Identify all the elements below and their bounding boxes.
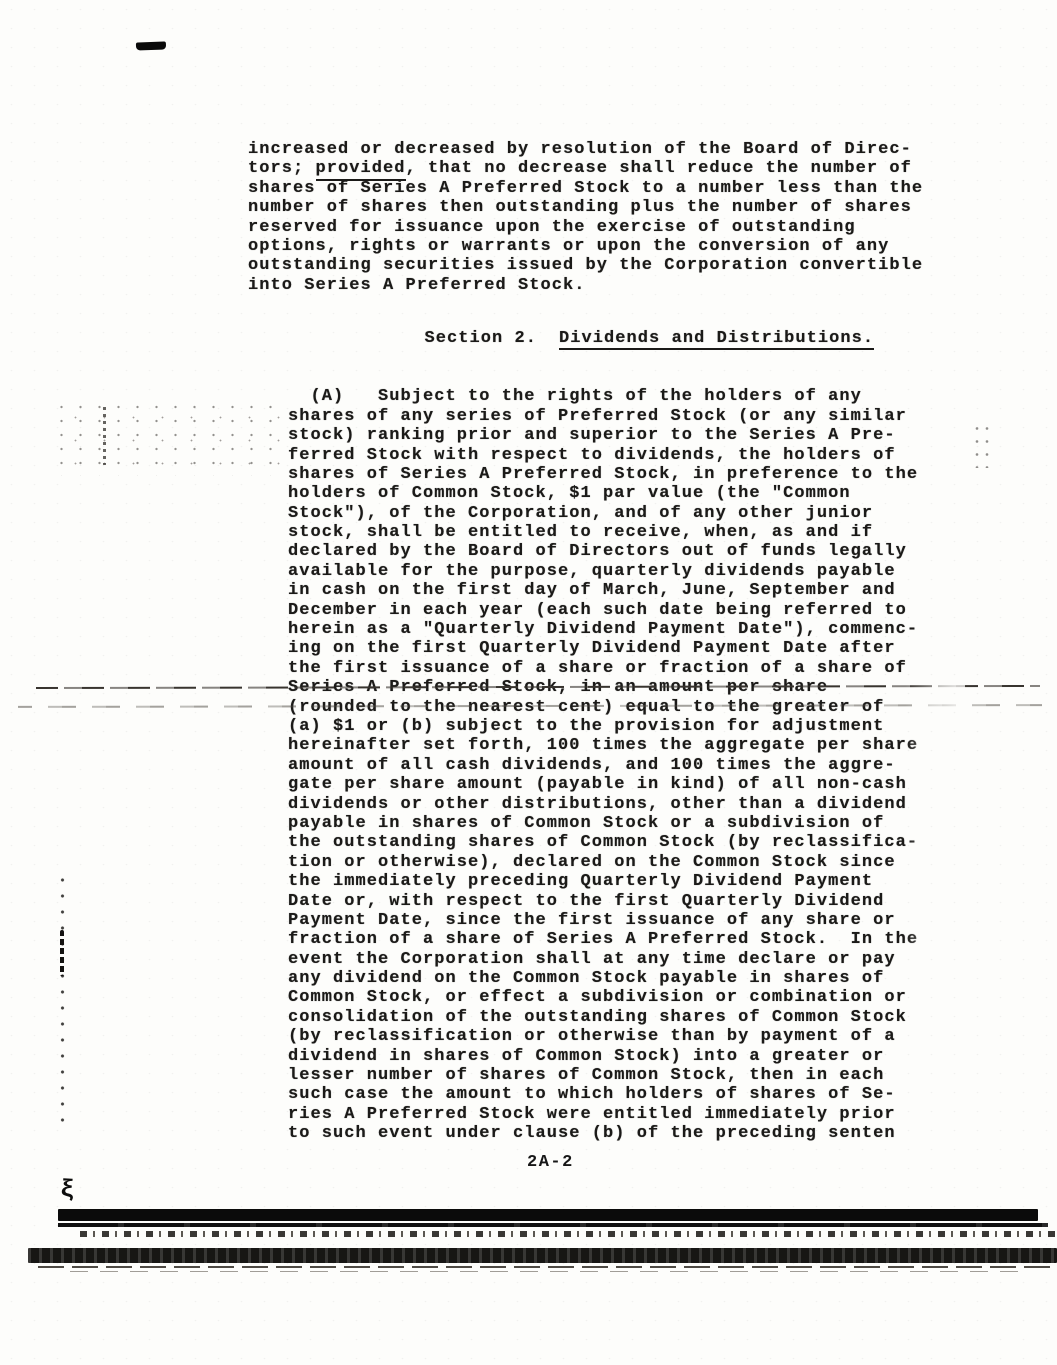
- scanned-document-page: ξ increased or decreased by resolution o…: [0, 0, 1057, 1365]
- text-line: in cash on the first day of March, June,…: [288, 581, 968, 600]
- corner-dash-mark: [136, 41, 166, 50]
- text-line: Stock"), of the Corporation, and of any …: [288, 504, 968, 523]
- text-line: holders of Common Stock, $1 par value (t…: [288, 484, 968, 503]
- bottom-scan-bar-5: [38, 1266, 1053, 1268]
- text-line: Date or, with respect to the first Quart…: [288, 892, 968, 911]
- text-line: shares of Series A Preferred Stock, in p…: [288, 465, 968, 484]
- text-line: dividends or other distributions, other …: [288, 795, 968, 814]
- page-number: 2A-2: [527, 1153, 574, 1172]
- text-line: tion or otherwise), declared on the Comm…: [288, 853, 968, 872]
- section-heading: Section 2.Dividends and Distributions.: [357, 309, 968, 367]
- text-line: outstanding securities issued by the Cor…: [248, 256, 968, 275]
- bottom-scan-bar-1: [58, 1209, 1038, 1221]
- section-title: Dividends and Distributions.: [559, 329, 874, 351]
- text-line: reserved for issuance upon the exercise …: [248, 218, 968, 237]
- scan-noise-vertical-line: [103, 407, 106, 465]
- text-line: December in each year (each such date be…: [288, 601, 968, 620]
- text-line: gate per share amount (payable in kind) …: [288, 775, 968, 794]
- text-line: (a) $1 or (b) subject to the provision f…: [288, 717, 968, 736]
- document-text-block: increased or decreased by resolution of …: [248, 140, 968, 1144]
- text-line: shares of any series of Preferred Stock …: [288, 407, 968, 426]
- text-line: options, rights or warrants or upon the …: [248, 237, 968, 256]
- text-line: the first issuance of a share or fractio…: [288, 659, 968, 678]
- text-line: (A) Subject to the rights of the holders…: [288, 387, 968, 406]
- text-line: available for the purpose, quarterly div…: [288, 562, 968, 581]
- text-line: amount of all cash dividends, and 100 ti…: [288, 756, 968, 775]
- text-line: tors; provided, that no decrease shall r…: [248, 159, 968, 178]
- margin-squiggle-mark: ξ: [59, 1175, 81, 1208]
- text-line: stock, shall be entitled to receive, whe…: [288, 523, 968, 542]
- text-line: consolidation of the outstanding shares …: [288, 1008, 968, 1027]
- bottom-scan-bar-4: [28, 1248, 1057, 1263]
- text-line: shares of Series A Preferred Stock to a …: [248, 179, 968, 198]
- text-line: ferred Stock with respect to dividends, …: [288, 446, 968, 465]
- text-line: into Series A Preferred Stock.: [248, 276, 968, 295]
- text-line: payable in shares of Common Stock or a s…: [288, 814, 968, 833]
- text-line: ing on the first Quarterly Dividend Paym…: [288, 639, 968, 658]
- text-line: herein as a "Quarterly Dividend Payment …: [288, 620, 968, 639]
- text-line: the immediately preceding Quarterly Divi…: [288, 872, 968, 891]
- paragraph-continuation: increased or decreased by resolution of …: [248, 140, 968, 295]
- section-number: Section 2.: [425, 329, 538, 348]
- text-line: (rounded to the nearest cent) equal to t…: [288, 698, 968, 717]
- bottom-scan-bar-3: [80, 1231, 1057, 1237]
- scan-noise-right: [972, 422, 994, 468]
- text-line: hereinafter set forth, 100 times the agg…: [288, 736, 968, 755]
- text-line: to such event under clause (b) of the pr…: [288, 1124, 968, 1143]
- text-line: Common Stock, or effect a subdivision or…: [288, 988, 968, 1007]
- text-line: dividend in shares of Common Stock) into…: [288, 1047, 968, 1066]
- text-line: declared by the Board of Directors out o…: [288, 542, 968, 561]
- text-line: (by reclassification or otherwise than b…: [288, 1027, 968, 1046]
- text-line: event the Corporation shall at any time …: [288, 950, 968, 969]
- text-line: Payment Date, since the first issuance o…: [288, 911, 968, 930]
- bottom-scan-bar-2: [58, 1223, 1048, 1227]
- bottom-scan-bar-6: [70, 1271, 1030, 1272]
- text-line: any dividend on the Common Stock payable…: [288, 969, 968, 988]
- text-line: such case the amount to which holders of…: [288, 1085, 968, 1104]
- text-line: increased or decreased by resolution of …: [248, 140, 968, 159]
- text-line: fraction of a share of Series A Preferre…: [288, 930, 968, 949]
- text-line: number of shares then outstanding plus t…: [248, 198, 968, 217]
- text-line: ries A Preferred Stock were entitled imm…: [288, 1105, 968, 1124]
- text-line: stock) ranking prior and superior to the…: [288, 426, 968, 445]
- margin-dot-strip: [58, 872, 68, 1122]
- margin-dot-bar: [60, 930, 64, 976]
- paragraph-a: (A) Subject to the rights of the holders…: [288, 387, 968, 1143]
- text-line: the outstanding shares of Common Stock (…: [288, 833, 968, 852]
- text-line: lesser number of shares of Common Stock,…: [288, 1066, 968, 1085]
